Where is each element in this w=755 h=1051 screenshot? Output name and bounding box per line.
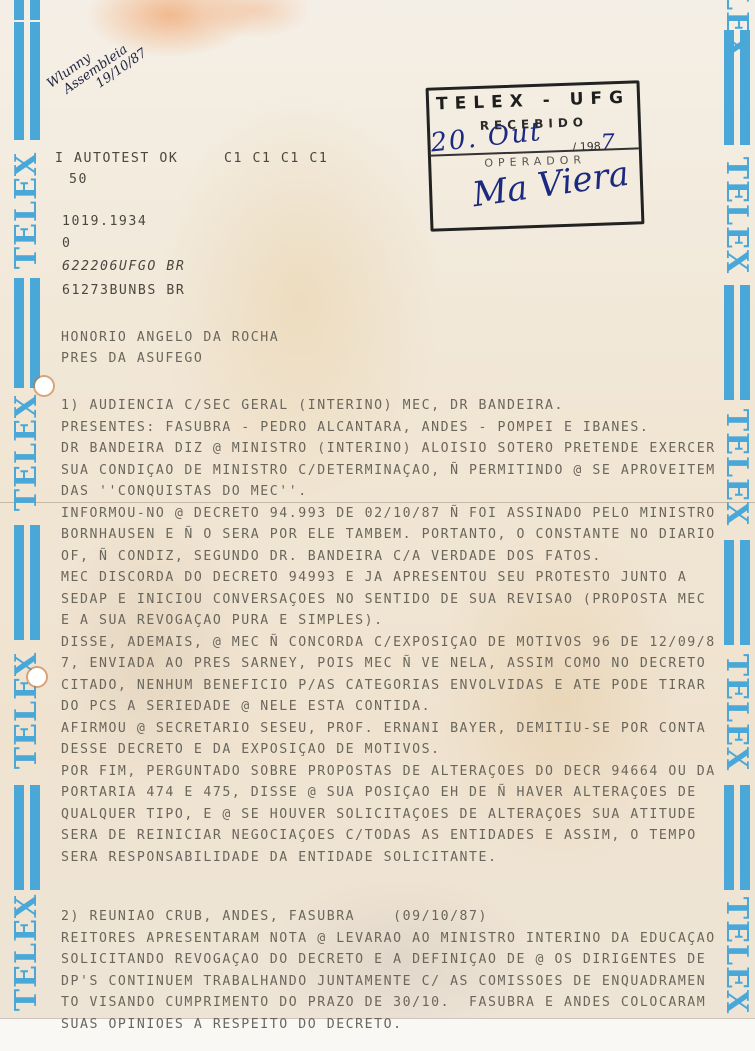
telex-line: 1) AUDIENCIA C/SEC GERAL (INTERINO) MEC,… [61,395,564,417]
punch-hole [35,377,53,395]
telex-line: CITADO, NENHUM BENEFICIO P/AS CATEGORIAS… [61,675,706,697]
telex-line: DAS ''CONQUISTAS DO MEC''. [61,481,308,503]
header-line-2: 50 [69,169,88,191]
telex-line: QUALQUER TIPO, E @ SE HOUVER SOLICITAÇOE… [61,804,697,826]
channel-codes: C1 C1 C1 C1 [224,148,328,170]
telex-line: SOLICITANDO REVOGAÇAO DO DECRETO E A DEF… [61,949,706,971]
telex-brand-label: TELEX [722,409,752,526]
telex-line: SERA DE REINICIAR NEGOCIAÇOES C/TODAS AS… [61,825,697,847]
telex-line: MEC DISCORDA DO DECRETO 94993 E JA APRES… [61,567,687,589]
telex-line: DESSE DECRETO E DA EXPOSIÇAO DE MOTIVOS. [61,739,441,761]
left-telex-strip: TELEX TELEX TELEX TELEX [12,0,42,1018]
telex-line: DO PCS A SERIEDADE @ NELE ESTA CONTIDA. [61,696,431,718]
telex-line: AFIRMOU @ SECRETARIO SESEU, PROF. ERNANI… [61,718,706,740]
telex-line: REITORES APRESENTARAM NOTA @ LEVARAO AO … [61,928,716,950]
addressee-title: PRES DA ASUFEGO [61,348,203,370]
punch-hole [28,668,46,686]
telex-line: DISSE, ADEMAIS, @ MEC Ñ CONCORDA C/EXPOS… [61,632,716,654]
stamp-title: TELEX - UFG [429,87,638,114]
telex-line: INFORMOU-NO @ DECRETO 94.993 DE 02/10/87… [61,503,716,525]
message-timestamp: 1019.1934 [62,211,147,233]
received-stamp: TELEX - UFG RECEBIDO 20. Out / 1987 OPER… [426,80,645,231]
telex-line: BORNHAUSEN E Ñ O SERA POR ELE TAMBEM. PO… [61,524,716,546]
telex-line: TO VISANDO CUMPRIMENTO DO PRAZO DE 30/10… [61,992,706,1014]
telex-line: PRESENTES: FASUBRA - PEDRO ALCANTARA, AN… [61,417,649,439]
telex-brand-label: TELEX [12,151,42,268]
telex-line: SERA RESPONSABILIDADE DA ENTIDADE SOLICI… [61,847,498,869]
telex-line: DR BANDEIRA DIZ @ MINISTRO (INTERINO) AL… [61,438,716,460]
telex-line: 7, ENVIADA AO PRES SARNEY, POIS MEC Ñ VE… [61,653,706,675]
telex-line: POR FIM, PERGUNTADO SOBRE PROPOSTAS DE A… [61,761,716,783]
telex-brand-label: TELEX [12,394,42,511]
telex-line: E A SUA REVOGAÇAO PURA E SIMPLES). [61,610,384,632]
telex-brand-label: TELEX [12,894,42,1011]
answerback-receiver: 61273BUNBS BR [62,280,185,302]
telex-line: SUA CONDIÇAO DE MINISTRO C/DETERMINAÇAO,… [61,460,716,482]
telex-brand-label: TELEX [722,896,752,1013]
telex-line: PORTARIA 474 E 475, DISSE @ SUA POSIÇAO … [61,782,697,804]
telex-line: SUAS OPINIOES A RESPEITO DO DECRETO. [61,1014,403,1036]
telex-line: OF, Ñ CONDIZ, SEGUNDO DR. BANDEIRA C/A V… [61,546,602,568]
answerback-sender: 622206UFGO BR [62,256,185,278]
left-strip-bars [12,278,42,388]
right-telex-strip: TELEX TELEX TELEX TELEX TELEX [722,0,752,1018]
telex-brand-label: TELEX [722,157,752,274]
telex-line: 2) REUNIAO CRUB, ANDES, FASUBRA (09/10/8… [61,906,488,928]
addressee-name: HONORIO ANGELO DA ROCHA [61,327,279,349]
header-symbol: 0 [62,233,72,255]
autotest-line: I AUTOTEST OK [55,148,178,170]
telex-brand-label: TELEX [722,654,752,771]
telex-line: SEDAP E INICIOU CONVERSAÇOES NO SENTIDO … [61,589,706,611]
telex-line: DP'S CONTINUEM TRABALHANDO JUNTAMENTE C/… [61,971,706,993]
